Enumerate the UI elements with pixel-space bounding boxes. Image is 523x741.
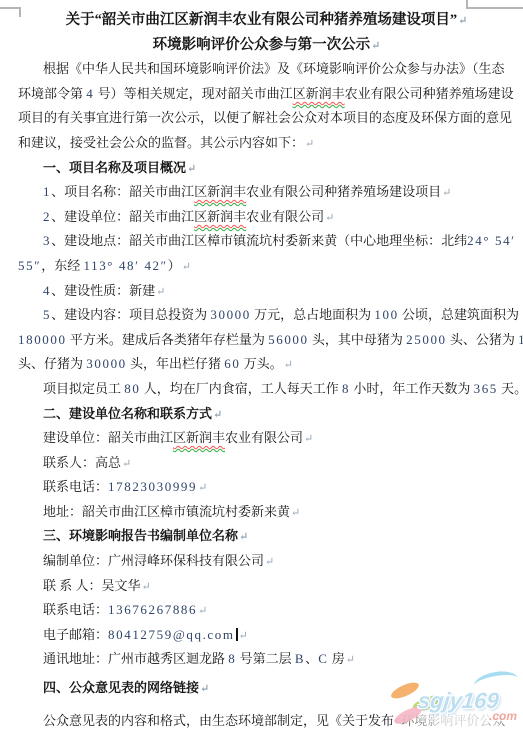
item-4-nature: 4、建设性质：新建↵ [18,279,515,304]
item-5-content-line-3: 头、仔猪为 30000 头，年出栏仔猪 60 万头。↵ [18,352,515,377]
text-run: 农业有限公司 [225,430,303,445]
item-5-content-line-1: 5、建设内容：项目总投资为 30000 万元，总占地面积为 100 公顷，总建筑… [18,303,515,328]
doc-title-line-1: 关于“韶关市曲江区新润丰农业有限公司种猪养殖场建设项目”↵ [18,8,515,33]
numeric-text-run: 80412759@qq.com [108,627,235,642]
text-run: 、建设性质：新建 [51,283,155,298]
intro-line-1: 根据《中华人民共和国环境影响评价法》及《环境影响评价公众参与办法》（生态 [18,57,515,82]
item-3-location-line-2: 55″，东经 113° 48′ 42″）↵ [18,254,515,279]
numeric-text-run: 100 [374,307,398,322]
agency-email: 电子邮箱：80412759@qq.com↵ [18,623,515,648]
numeric-text-run: B [295,651,305,666]
numeric-text-run: 1000 [518,332,523,347]
text-run: 号）等相关规定，现对韶关市曲江 [94,86,292,101]
paragraph-mark: ↵ [200,683,209,695]
text-run: 万元，总占地面积为 [251,307,375,322]
intro-line-3: 项目的有关事宜进行第一次公示，以便了解社会公众对本项目的态度及环保方面的意见 [18,106,515,131]
text-run: 项目的有关事宜进行第一次公示，以便了解社会公众对本项目的态度及环保方面的意见 [18,110,512,125]
doc-title-line-2: 环境影响评价公众参与第一次公示↵ [18,33,515,58]
numeric-text-run: 2 [43,209,51,224]
builder-name: 建设单位：韶关市曲江区新润丰农业有限公司↵ [18,426,515,451]
numeric-text-run: 13676267886 [108,602,197,617]
agency-contact-person: 联 系 人：吴文华↵ [18,574,515,599]
text-run: 通讯地址：广州市越秀区迴龙路 [43,651,228,666]
builder-contact-person: 联系人：高总↵ [18,451,515,476]
text-run: 头、仔猪为 [18,356,86,371]
text-run: 、建设内容：项目总投资为 [51,307,210,322]
text-run: 万头。 [240,356,282,371]
text-run: 、建设单位：韶关市曲江 [51,209,194,224]
spellcheck-flagged-text-inner: 区新润丰 [194,209,246,224]
numeric-text-run: 8 [342,381,350,396]
text-run: 四、公众意见表的网络链接 [43,680,199,695]
item-2-builder: 2、建设单位：韶关市曲江区新润丰农业有限公司↵ [18,205,515,230]
text-run: 公顷，总建筑面积为 [399,307,519,322]
numeric-text-run: 24° 54′ [467,233,516,248]
text-run: 环境部令第 [18,86,86,101]
spellcheck-flagged-text: 区新润丰 [293,86,345,101]
text-run: 、项目名称：韶关市曲江 [51,184,194,199]
text-run: 头、公猪为 [447,332,519,347]
paragraph-mark: ↵ [371,40,380,52]
text-run: 联 系 人：吴文华 [43,578,141,593]
numeric-text-run: 4 [43,283,51,298]
paragraph-mark: ↵ [346,654,355,666]
text-run: 关于“韶关市曲江区新润丰农业有限公司种猪养殖场建设项目” [66,12,458,28]
numeric-text-run: 1 [43,184,51,199]
text-run: 和建议，接受社会公众的监督。其公示内容如下： [18,135,304,150]
text-run: 联系人：高总 [43,455,121,470]
watermark-site-name: sgjy169 [417,688,500,714]
text-run: ，东经 [41,258,83,273]
intro-line-2: 环境部令第 4 号）等相关规定，现对韶关市曲江区新润丰农业有限公司种猪养殖场建设 [18,82,515,107]
paragraph-mark: ↵ [442,187,451,199]
paragraph-mark: ↵ [265,556,274,568]
spellcheck-flagged-text-inner: 区新润丰 [293,86,345,101]
paragraph-mark: ↵ [305,138,314,150]
numeric-text-run: 56000 [268,332,309,347]
numeric-text-run: 180000 [18,332,67,347]
agency-phone: 联系电话：13676267886↵ [18,598,515,623]
numeric-text-run: 30000 [210,307,251,322]
text-run: ） [168,258,181,273]
numeric-text-run: 113° 48′ 42″ [83,258,167,273]
text-run: 二、建设单位名称和联系方式 [43,406,212,421]
spellcheck-flagged-text: 区新润丰 [194,184,246,199]
watermark-logo: sgjy169 .com [388,666,523,741]
text-run: 联系电话： [43,479,108,494]
intro-line-4: 和建议，接受社会公众的监督。其公示内容如下：↵ [18,131,515,156]
section-3-heading: 三、环境影响报告书编制单位名称↵ [18,524,515,549]
text-run: 号第二层 [236,651,295,666]
spellcheck-flagged-text-inner: 区新润丰 [194,184,246,199]
text-run: 建设单位：韶关市曲江 [43,430,173,445]
document-body: 关于“韶关市曲江区新润丰农业有限公司种猪养殖场建设项目”↵环境影响评价公众参与第… [18,8,515,733]
text-run: 、建设地点：韶关市曲江区樟市镇流坑村委新来黄（中心地理坐标：北纬 [51,233,467,248]
text-run: 房 [328,651,344,666]
numeric-text-run: 17823030999 [108,479,197,494]
paragraph-mark: ↵ [122,458,131,470]
text-run: 地址：韶关市曲江区樟市镇流坑村委新来黄 [43,504,290,519]
text-run: 农业有限公司 [246,209,324,224]
spellcheck-flagged-text: 区新润丰 [194,209,246,224]
paragraph-mark: ↵ [284,359,293,371]
numeric-text-run: 3 [43,233,51,248]
text-run: 联系电话： [43,602,108,617]
text-run: 项目拟定员工 [43,381,124,396]
paragraph-mark: ↵ [304,433,313,445]
builder-address: 地址：韶关市曲江区樟市镇流坑村委新来黄↵ [18,500,515,525]
paragraph-mark: ↵ [187,163,196,175]
numeric-text-run: 25000 [406,332,447,347]
text-run: 农业有限公司种猪养殖场建设项目 [246,184,441,199]
text-run: 编制单位：广州浔峰环保科技有限公司 [43,553,264,568]
paragraph-mark: ↵ [213,409,222,421]
paragraph-mark: ↵ [458,15,467,27]
section-2-heading: 二、建设单位名称和联系方式↵ [18,402,515,427]
section-1-heading: 一、项目名称及项目概况↵ [18,156,515,181]
paragraph-mark: ↵ [142,581,151,593]
text-run: 农业有限公司种猪养殖场建设 [345,86,514,101]
item-3-location-line-1: 3、建设地点：韶关市曲江区樟市镇流坑村委新来黄（中心地理坐标：北纬24° 54′ [18,229,515,254]
text-run: 头，其中母猪为 [309,332,407,347]
staff-paragraph: 项目拟定员工 80 人，均在厂内食宿，工人每天工作 8 小时，年工作天数为 36… [18,377,515,402]
text-run: 头，年出栏仔猪 [127,356,225,371]
builder-phone: 联系电话：17823030999↵ [18,475,515,500]
spellcheck-flagged-text: 区新润丰 [173,430,225,445]
text-run: 天。 [498,381,523,396]
numeric-text-run: 80 [124,381,140,396]
word-document-page: { "colors": { "body_text": "#161616", "n… [0,0,523,741]
text-run: 环境影响评价公众参与第一次公示 [153,37,371,53]
text-run: 、 [305,651,318,666]
numeric-text-run: 365 [474,381,498,396]
text-run: 电子邮箱： [43,627,108,642]
paragraph-mark: ↵ [198,482,207,494]
paragraph-mark: ↵ [291,507,300,519]
text-run: 一、项目名称及项目概况 [43,160,186,175]
agency-name: 编制单位：广州浔峰环保科技有限公司↵ [18,549,515,574]
numeric-text-run: 55″ [18,258,41,273]
paragraph-mark: ↵ [156,286,165,298]
paragraph-mark: ↵ [325,212,334,224]
item-1-project-name: 1、项目名称：韶关市曲江区新润丰农业有限公司种猪养殖场建设项目↵ [18,180,515,205]
paragraph-mark: ↵ [239,630,248,642]
text-run: 根据《中华人民共和国环境影响评价法》及《环境影响评价公众参与办法》（生态 [43,61,505,76]
numeric-text-run: 30000 [86,356,127,371]
text-run: 小时，年工作天数为 [350,381,474,396]
text-run: 人，均在厂内食宿，工人每天工作 [140,381,342,396]
item-5-content-line-2: 180000 平方米。建成后各类猪年存栏量为 56000 头，其中母猪为 250… [18,328,515,353]
watermark-site-tld: .com [489,709,517,723]
text-run: 三、环境影响报告书编制单位名称 [43,528,238,543]
paragraph-mark: ↵ [198,605,207,617]
text-cursor [236,628,238,641]
numeric-text-run: 5 [43,307,51,322]
paragraph-mark: ↵ [182,261,191,273]
numeric-text-run: C [318,651,328,666]
text-run: 平方米。建成后各类猪年存栏量为 [67,332,269,347]
spellcheck-flagged-text-inner: 区新润丰 [173,430,225,445]
numeric-text-run: 60 [224,356,240,371]
paragraph-mark: ↵ [239,531,248,543]
